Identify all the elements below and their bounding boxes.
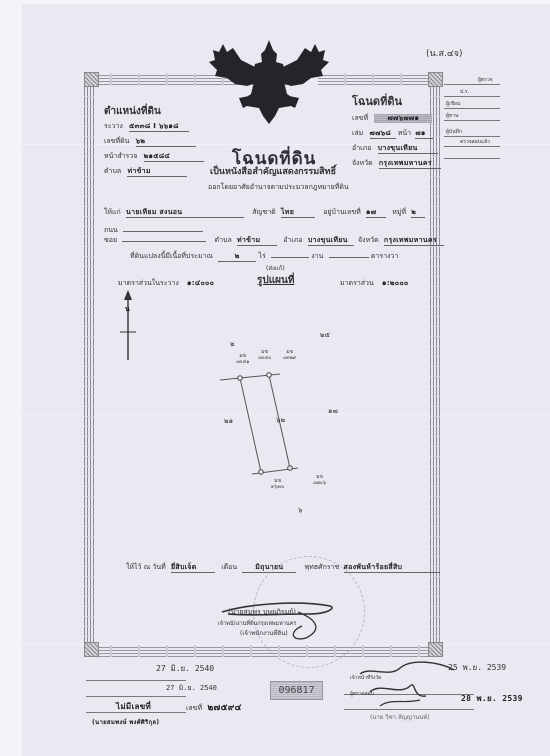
wa-unit: ตารางวา <box>371 252 398 260</box>
margin-note: ผู้บันทึก <box>446 128 462 137</box>
neighbor-north: ๒ <box>230 340 235 349</box>
margin-note: ป.ร. <box>460 88 469 97</box>
area-row: ที่ดินแปลงนี้มีเนื้อที่ประมาณ ๒ ไร่ งาน … <box>130 250 398 262</box>
neighbor-east: ๑๗ <box>328 407 338 416</box>
official-name: (นายสมพร บุษยภิรมย์) <box>228 608 296 617</box>
road-label: ถนน <box>104 226 118 234</box>
nationality-label: สัญชาติ <box>252 208 275 216</box>
right-signature <box>350 652 470 712</box>
row-label: จังหวัด <box>352 159 373 167</box>
location-row: เลขที่ดิน ๖๒ <box>104 137 196 147</box>
ngan-unit: งาน <box>311 252 323 260</box>
garuda-emblem-icon <box>205 38 333 126</box>
row-label: เล่ม <box>352 129 363 137</box>
marker-label: มข๐๓๔๐ <box>258 349 271 361</box>
row-label: ตำบล <box>104 167 121 175</box>
authority-line: ออกโดยอาศัยอำนาจตามประมวลกฎหมายที่ดิน <box>208 183 349 192</box>
soi-label: ซอย <box>104 236 117 244</box>
amphoe-label: อำเภอ <box>283 236 302 244</box>
footer-number: เลขที่ ๒๗๕๙๔ <box>186 704 242 713</box>
right-signer: (นาย วิชา สัญญานนท์) <box>370 713 430 722</box>
grantee-label: ให้แก่ <box>104 208 121 216</box>
map-scale: มาตราส่วน ๑:๒๐๐๐ <box>340 279 409 288</box>
wa-value <box>329 250 369 258</box>
parcel-number: ๖๒ <box>276 416 285 425</box>
location-heading: ตำแหน่งที่ดิน <box>104 107 161 116</box>
road-value <box>123 224 203 232</box>
grantee-row: ให้แก่ นายเทียม สงนอน สัญชาติ ไทย อยู่บ้… <box>104 208 425 218</box>
amphoe-value: บางขุนเทียน <box>308 236 354 246</box>
book-value: ๗๗๖๘ <box>370 129 396 139</box>
map-scale-label: มาตราส่วน <box>340 279 374 287</box>
province-value: กรุงเทพมหานคร <box>384 236 444 246</box>
form-code: (น.ส.๔จ) <box>426 50 462 59</box>
grid-scale-value: ๑:๔๐๐๐ <box>187 279 214 287</box>
row-label: หน้า <box>398 129 411 137</box>
marker-label: มข๐๗๐๖ <box>313 474 326 486</box>
row-value: บางขุนเทียน <box>378 144 438 154</box>
north-label: น <box>125 305 130 314</box>
footer-date-2: 27 มิ.ย. 2540 <box>166 684 217 693</box>
neighbor-south: ๖ <box>298 506 302 515</box>
neighbor-northeast: ๒๕ <box>320 331 330 340</box>
month-label: เดือน <box>221 563 237 571</box>
footer-number-value: ๒๗๕๙๔ <box>207 703 241 713</box>
house-no-label: อยู่บ้านเลขที่ <box>323 208 361 216</box>
margin-note: ตรวจสอบแล้ว <box>460 138 490 147</box>
ngan-value <box>271 250 309 258</box>
serial-number: 096817 <box>270 681 323 700</box>
grid-scale-label: มาตราส่วนในระวาง <box>118 279 179 287</box>
area-label: ที่ดินแปลงนี้มีเนื้อที่ประมาณ <box>130 252 213 260</box>
row-value: ๒๑๕๘๔ <box>144 152 204 162</box>
row-value: กรุงเทพมหานคร <box>379 159 441 169</box>
grantee-name: นายเทียม สงนอน <box>126 208 244 218</box>
footer-handwriting: ไม่มีเลขที่ <box>116 702 151 711</box>
map-title: รูปแผนที่ <box>257 276 294 285</box>
deed-number-row: เลขที่ ๗๗๖๗๗๑ <box>352 114 432 123</box>
row-value: ท่าข้าม <box>127 167 187 177</box>
official-title: เจ้าพนักงานที่ดินกรุงเทพมหานคร <box>218 620 296 629</box>
row-label: หน้าสำรวจ <box>104 152 137 160</box>
row-label: ระวาง <box>104 122 123 130</box>
deed-book-row: เล่ม ๗๗๖๘ หน้า ๗๑ <box>352 129 433 139</box>
deed-row: จังหวัด กรุงเทพมหานคร <box>352 159 441 169</box>
tambon-label: ตำบล <box>215 236 232 244</box>
moo-value: ๒ <box>411 208 425 218</box>
margin-note: ผู้ตรวจ <box>478 76 493 85</box>
location-row: ตำบล ท่าข้าม <box>104 167 187 177</box>
page-value: ๗๑ <box>415 129 433 139</box>
day-value: ยี่สิบเจ็ด <box>171 563 215 573</box>
deed-heading: โฉนดที่ดิน <box>352 97 402 106</box>
soi-row: ซอย ตำบล ท่าข้าม อำเภอ บางขุนเทียน จังหว… <box>104 234 444 246</box>
given-label: ให้ไว้ ณ วันที่ <box>126 563 166 571</box>
year-value: สองพันห้าร้อยสี่สิบ <box>344 563 440 573</box>
deed-row: อำเภอ บางขุนเทียน <box>352 144 438 154</box>
north-arrow-icon <box>118 290 138 362</box>
house-no-value: ๑๗ <box>366 208 386 218</box>
marker-label: มข๐๓๔๑ <box>236 353 249 365</box>
margin-note: ผู้เขียน <box>446 100 460 109</box>
nationality-value: ไทย <box>281 208 315 218</box>
location-row: หน้าสำรวจ ๒๑๕๘๔ <box>104 152 204 162</box>
deed-number: ๗๗๖๗๗๑ <box>374 114 432 123</box>
row-value: ๕๓๓๘ I ๖๖๑๘ <box>129 122 189 132</box>
neighbor-west: ๒๑ <box>224 417 233 426</box>
right-date-2: 28 พ.ย. 2539 <box>461 694 523 703</box>
footer-signer: (นายสมพงษ์ พงศ์ศิริกุล) <box>92 718 159 727</box>
footer-number-label: เลขที่ <box>186 704 202 712</box>
row-label: เลขที่ดิน <box>104 137 129 145</box>
map-title-note: (ส่งแก้) <box>266 264 285 273</box>
margin-note: ผู้ทาน <box>446 112 458 121</box>
province-label: จังหวัด <box>358 236 379 244</box>
footer-date-1: 27 มิ.ย. 2540 <box>156 664 214 673</box>
marker-label: มข๐๓๒๙ <box>283 349 296 361</box>
moo-label: หมู่ที่ <box>392 208 406 216</box>
map-scale-value: ๑:๒๐๐๐ <box>382 279 408 287</box>
row-value: ๖๒ <box>136 137 196 147</box>
marker-label: มข๙๖๓๐ <box>271 478 284 490</box>
tambon-value: ท่าข้าม <box>237 236 277 246</box>
official-role: (เจ้าพนักงานที่ดิน) <box>240 629 288 638</box>
row-label: อำเภอ <box>352 144 371 152</box>
soi-value <box>122 234 206 242</box>
location-row: ระวาง ๕๓๓๘ I ๖๖๑๘ <box>104 122 189 132</box>
rai-value: ๒ <box>218 252 256 262</box>
grid-scale: มาตราส่วนในระวาง ๑:๔๐๐๐ <box>118 279 214 288</box>
rai-unit: ไร่ <box>258 252 265 260</box>
document-subtitle: เป็นหนังสือสำคัญแสดงกรรมสิทธิ์ <box>210 168 336 177</box>
row-label: เลขที่ <box>352 114 368 122</box>
